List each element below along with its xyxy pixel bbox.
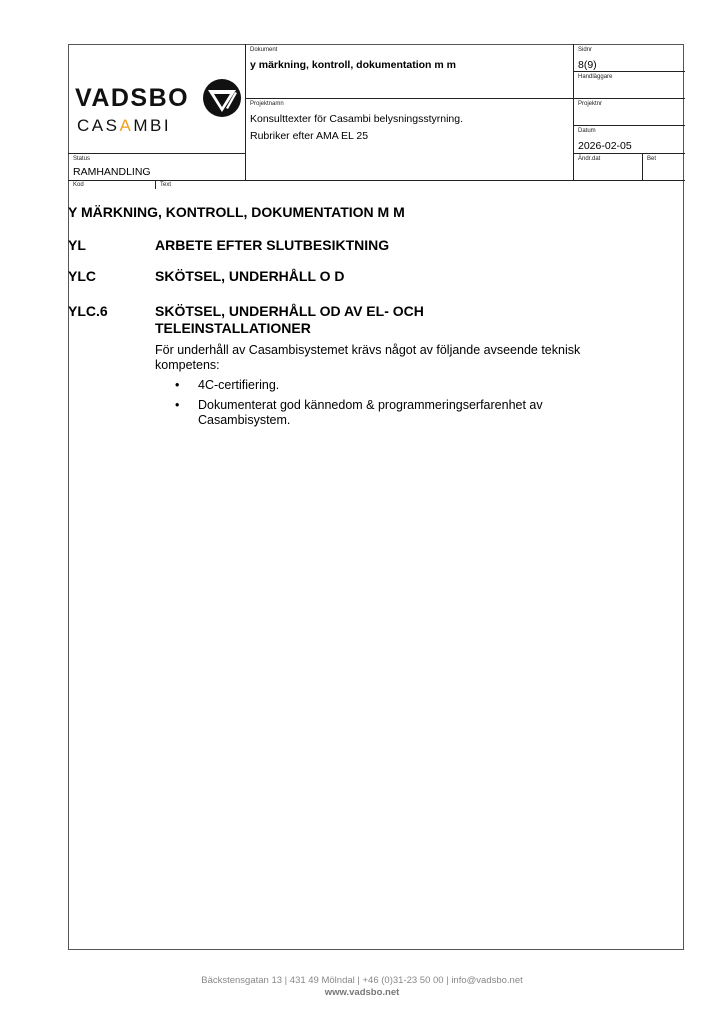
datum-label: Datum: [578, 128, 596, 134]
header-divider: [573, 125, 685, 126]
header-divider: [573, 153, 685, 154]
paragraph-line-1: För underhåll av Casambisystemet krävs n…: [155, 343, 580, 358]
header-divider: [68, 180, 685, 181]
header-divider: [68, 153, 245, 154]
logo-sub-brand: CASAMBI: [77, 116, 171, 136]
vadsbo-casambi-logo: VADSBO CASAMBI: [75, 76, 245, 136]
header-divider: [573, 44, 574, 180]
text-label: Text: [160, 182, 171, 188]
andrdat-label: Ändr.dat: [578, 156, 600, 162]
projektnr-label: Projektnr: [578, 101, 602, 107]
main-heading: Y MÄRKNING, KONTROLL, DOKUMENTATION M M: [68, 204, 405, 221]
projektnamn-label: Projektnamn: [250, 101, 284, 107]
section-title-line-2: TELEINSTALLATIONER: [155, 320, 311, 337]
bullet-icon: •: [175, 398, 179, 413]
header-divider: [245, 98, 685, 99]
section-code: YLC: [68, 268, 96, 285]
projektnamn-line-1: Konsulttexter för Casambi belysningsstyr…: [250, 113, 463, 126]
sidnr-label: Sidnr: [578, 47, 592, 53]
status-label: Status: [73, 156, 90, 162]
footer-address: Bäckstensgatan 13 | 431 49 Mölndal | +46…: [0, 975, 724, 986]
bullet-item-line-2: Casambisystem.: [198, 413, 290, 428]
status-value: RAMHANDLING: [73, 166, 151, 179]
datum-value: 2026-02-05: [578, 140, 632, 153]
paragraph-line-2: kompetens:: [155, 358, 220, 373]
section-title-line-1: SKÖTSEL, UNDERHÅLL OD AV EL- OCH: [155, 303, 424, 320]
vadsbo-v-emblem-icon: [202, 78, 242, 118]
projektnamn-line-2: Rubriker efter AMA EL 25: [250, 130, 368, 143]
header-divider: [642, 153, 643, 180]
kod-text-divider: [155, 180, 156, 189]
logo-brand: VADSBO: [75, 84, 189, 113]
section-code: YL: [68, 237, 86, 254]
footer-website[interactable]: www.vadsbo.net: [0, 987, 724, 998]
handlaggare-label: Handläggare: [578, 74, 612, 80]
header-divider: [245, 44, 246, 180]
bullet-icon: •: [175, 378, 179, 393]
section-title: ARBETE EFTER SLUTBESIKTNING: [155, 237, 389, 254]
section-title: SKÖTSEL, UNDERHÅLL O D: [155, 268, 345, 285]
bullet-item: 4C-certifiering.: [198, 378, 279, 393]
bet-label: Bet: [647, 156, 656, 162]
bullet-item-line-1: Dokumenterat god kännedom & programmerin…: [198, 398, 543, 413]
section-code: YLC.6: [68, 303, 108, 320]
sidnr-value: 8(9): [578, 59, 597, 72]
dokument-value: y märkning, kontroll, dokumentation m m: [250, 59, 456, 72]
kod-label: Kod: [73, 182, 84, 188]
dokument-label: Dokument: [250, 47, 277, 53]
